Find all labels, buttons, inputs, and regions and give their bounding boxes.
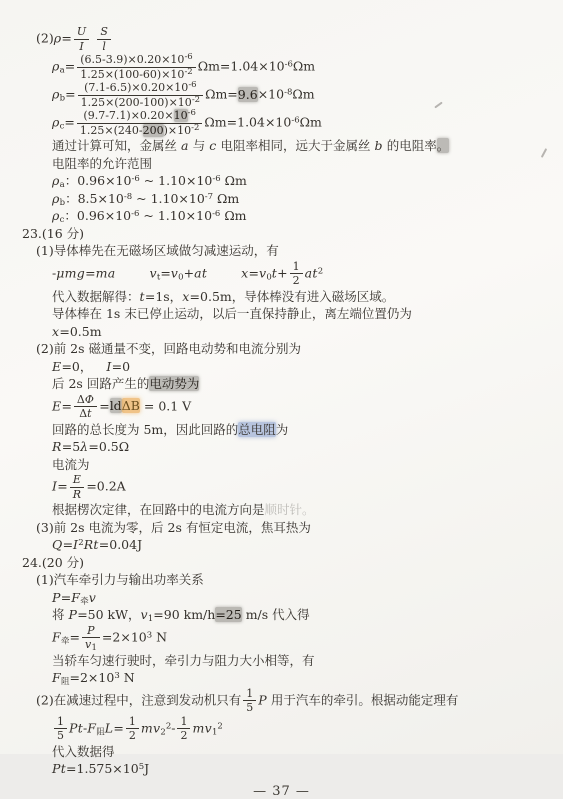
doc-line: 根据楞次定律，在回路中的电流方向是顺时针。: [52, 501, 549, 519]
math-variable: I: [79, 40, 84, 53]
doc-line: (2)前 2s 磁通量不变，回路电动势和电流分别为: [36, 340, 549, 358]
math-variable: P: [68, 607, 77, 622]
math-variable: v: [89, 590, 96, 605]
subscript: c: [60, 122, 65, 132]
subscript: 牵: [80, 597, 89, 607]
fraction: (6.5-3.9)×0.20×10-61.25×(100-60)×10-2: [77, 54, 196, 80]
math-variable: t: [140, 289, 145, 304]
smudge-mark: 10: [174, 109, 188, 122]
math-variable: Pt: [69, 720, 83, 735]
doc-line: x=0.5m: [52, 323, 549, 341]
doc-line: ρa=(6.5-3.9)×0.20×10-61.25×(100-60)×10-2…: [52, 53, 549, 81]
doc-line: (2)ρ=UI Sl: [36, 25, 549, 53]
math-variable: P: [52, 590, 61, 605]
doc-line: 23.(16 分): [22, 225, 549, 243]
fraction: 12: [290, 261, 303, 287]
math-variable: F: [87, 720, 96, 735]
doc-line: 15Pt-F阻L=12mv22-12mv12: [52, 715, 549, 743]
math-variable: ρ: [52, 208, 60, 223]
doc-line: 代入数据解得：t=1s，x=0.5m，导体棒没有进入磁场区域。: [52, 288, 549, 306]
superscript: -6: [188, 80, 196, 90]
superscript: -6: [184, 52, 192, 62]
doc-line: ρc：0.96×10-6 ~ 1.10×10-6 Ωm: [52, 207, 549, 225]
math-variable: c: [209, 138, 216, 153]
subscript: c: [60, 215, 65, 225]
math-variable: v: [150, 265, 157, 280]
subscript: b: [60, 94, 65, 104]
subscript: 1: [148, 614, 153, 624]
doc-line: -μmg=mavt=v0+atx=v0t+12at2: [52, 260, 549, 288]
fraction: 12: [177, 716, 190, 742]
doc-line: 当轿车匀速行驶时，牵引力与阻力大小相等，有: [52, 652, 549, 670]
fraction: ER: [70, 474, 85, 500]
math-variable: λ: [80, 439, 88, 454]
smudge-mark: 总电阻: [238, 422, 276, 437]
superscript: -2: [184, 67, 192, 77]
math-variable: x: [52, 324, 59, 339]
doc-line: ρb：8.5×10-8 ~ 1.10×10-7 Ωm: [52, 190, 549, 208]
scanned-document-page: (2)ρ=UI Slρa=(6.5-3.9)×0.20×10-61.25×(10…: [0, 0, 563, 754]
math-variable: P: [87, 624, 95, 637]
math-variable: at: [305, 265, 318, 280]
superscript: 2: [166, 721, 171, 731]
subscript: 阻: [61, 677, 70, 687]
superscript: -2: [191, 123, 199, 133]
doc-line: 导体棒在 1s 末已停止运动，以后一直保持静止，离左端位置仍为: [52, 305, 549, 323]
smudge-mark: =25: [215, 607, 241, 622]
doc-line: 代入数据得: [52, 743, 549, 755]
math-variable: ρ: [52, 59, 60, 74]
smudge-mark: 。: [437, 138, 450, 153]
math-variable: F: [52, 670, 61, 685]
smudge-mark: 。: [302, 502, 315, 517]
doc-line: 24.(20 分): [22, 554, 549, 572]
math-variable: P: [258, 692, 267, 707]
smudge-mark: ΔB: [122, 398, 140, 413]
math-variable: E: [52, 359, 61, 374]
doc-line: 通过计算可知，金属丝 a 与 c 电阻率相同，远大于金属丝 b 的电阻率。: [52, 137, 549, 155]
math-variable: mv: [141, 720, 161, 735]
math-variable: Q: [52, 537, 63, 552]
doc-line: 电流为: [52, 456, 549, 474]
fraction: Pv1: [82, 625, 100, 651]
doc-line: 后 2s 回路产生的电动势为: [52, 375, 549, 393]
math-variable: l: [102, 40, 106, 53]
subscript: a: [60, 180, 65, 190]
fraction: Sl: [97, 26, 111, 52]
doc-line: ρa：0.96×10-6 ~ 1.10×10-6 Ωm: [52, 172, 549, 190]
math-variable: ρ: [52, 115, 60, 130]
doc-line: Q=I2Rt=0.04J: [52, 536, 549, 554]
superscript: -2: [192, 95, 200, 105]
superscript: -6: [291, 116, 299, 126]
subscript: 牵: [61, 636, 70, 646]
math-variable: mv: [192, 720, 212, 735]
superscript: -8: [124, 192, 132, 202]
doc-line: P=F牵v: [52, 589, 549, 607]
smudge-mark: ld: [110, 398, 122, 413]
math-variable: I: [106, 359, 111, 374]
superscript: 3: [114, 671, 119, 681]
math-variable: Φ: [85, 393, 94, 406]
fraction: UI: [74, 26, 90, 52]
math-variable: L: [105, 720, 114, 735]
math-variable: E: [73, 473, 81, 486]
doc-line: 回路的总长度为 5m，因此回路的总电阻为: [52, 421, 549, 439]
doc-line: (2)在减速过程中，注意到发动机只有15P 用于汽车的牵引。根据动能定理有: [36, 687, 549, 715]
fraction: ΔΦΔt: [74, 394, 97, 420]
doc-line: (1)导体棒先在无磁场区域做匀减速运动，有: [36, 242, 549, 260]
math-variable: t: [87, 407, 92, 420]
superscript: 3: [147, 630, 152, 640]
doc-line: (3)前 2s 电流为零，后 2s 有恒定电流，焦耳热为: [36, 519, 549, 537]
subscript: t: [157, 272, 160, 282]
math-variable: I: [52, 479, 57, 494]
superscript: 2: [217, 721, 222, 731]
math-variable: R: [52, 439, 62, 454]
fraction: 15: [54, 716, 67, 742]
math-variable: μmg: [56, 265, 85, 280]
math-variable: ρ: [52, 87, 60, 102]
fraction: (7.1-6.5)×0.20×10-61.25×(200-100)×10-2: [78, 82, 204, 108]
math-variable: a: [181, 138, 189, 153]
math-variable: S: [100, 25, 108, 38]
math-variable: ρ: [54, 31, 62, 46]
doc-line: E=ΔΦΔt=ldΔB = 0.1 V: [52, 393, 549, 421]
superscript: -6: [212, 174, 220, 184]
doc-line: R=5λ=0.5Ω: [52, 438, 549, 456]
doc-line: 将 P=50 kW，v1=90 km/h=25 m/s 代入得: [52, 606, 549, 624]
superscript: -6: [131, 209, 139, 219]
math-variable: Rt: [84, 537, 99, 552]
superscript: 2: [318, 266, 323, 276]
fraction: (9.7-7.1)×0.20×10-61.25×(240-200)×10-2: [77, 110, 203, 136]
subscript: b: [60, 198, 65, 208]
math-variable: x: [182, 289, 189, 304]
doc-line: F牵=Pv1=2×103 N: [52, 624, 549, 652]
smudge-mark: 9.6: [238, 87, 258, 102]
smudge-mark: 顺时针: [265, 502, 303, 517]
smudge-mark: 200: [143, 124, 164, 137]
subscript: 阻: [96, 727, 105, 737]
superscript: -6: [131, 174, 139, 184]
doc-line: (1)汽车牵引力与输出功率关系: [36, 571, 549, 589]
superscript: -6: [188, 108, 196, 118]
fraction: 15: [243, 688, 256, 714]
superscript: -6: [285, 60, 293, 70]
math-variable: F: [71, 590, 80, 605]
math-variable: v: [140, 607, 147, 622]
superscript: -6: [212, 209, 220, 219]
fraction: 12: [126, 716, 139, 742]
doc-line: 电阻率的允许范围: [52, 155, 549, 173]
doc-line: I=ER=0.2A: [52, 473, 549, 501]
smudge-mark: 电动势为: [149, 376, 199, 391]
math-variable: b: [374, 138, 382, 153]
math-variable: R: [73, 488, 82, 501]
superscript: -8: [284, 88, 292, 98]
superscript: -7: [205, 192, 213, 202]
doc-line: ρb=(7.1-6.5)×0.20×10-61.25×(200-100)×10-…: [52, 81, 549, 109]
math-variable: U: [77, 25, 87, 38]
math-variable: ρ: [52, 191, 60, 206]
math-variable: x: [241, 265, 248, 280]
subscript: a: [60, 66, 65, 76]
document-content: (2)ρ=UI Slρa=(6.5-3.9)×0.20×10-61.25×(10…: [0, 0, 563, 754]
math-variable: F: [52, 629, 61, 644]
math-variable: ρ: [52, 173, 60, 188]
subscript: 0: [178, 272, 183, 282]
doc-line: ρc=(9.7-7.1)×0.20×10-61.25×(240-200)×10-…: [52, 109, 549, 137]
math-variable: ma: [96, 265, 116, 280]
math-variable: E: [52, 398, 61, 413]
doc-line: E=0，I=0: [52, 358, 549, 376]
math-variable: t: [272, 265, 277, 280]
math-variable: at: [194, 265, 207, 280]
doc-line: F阻=2×103 N: [52, 669, 549, 687]
